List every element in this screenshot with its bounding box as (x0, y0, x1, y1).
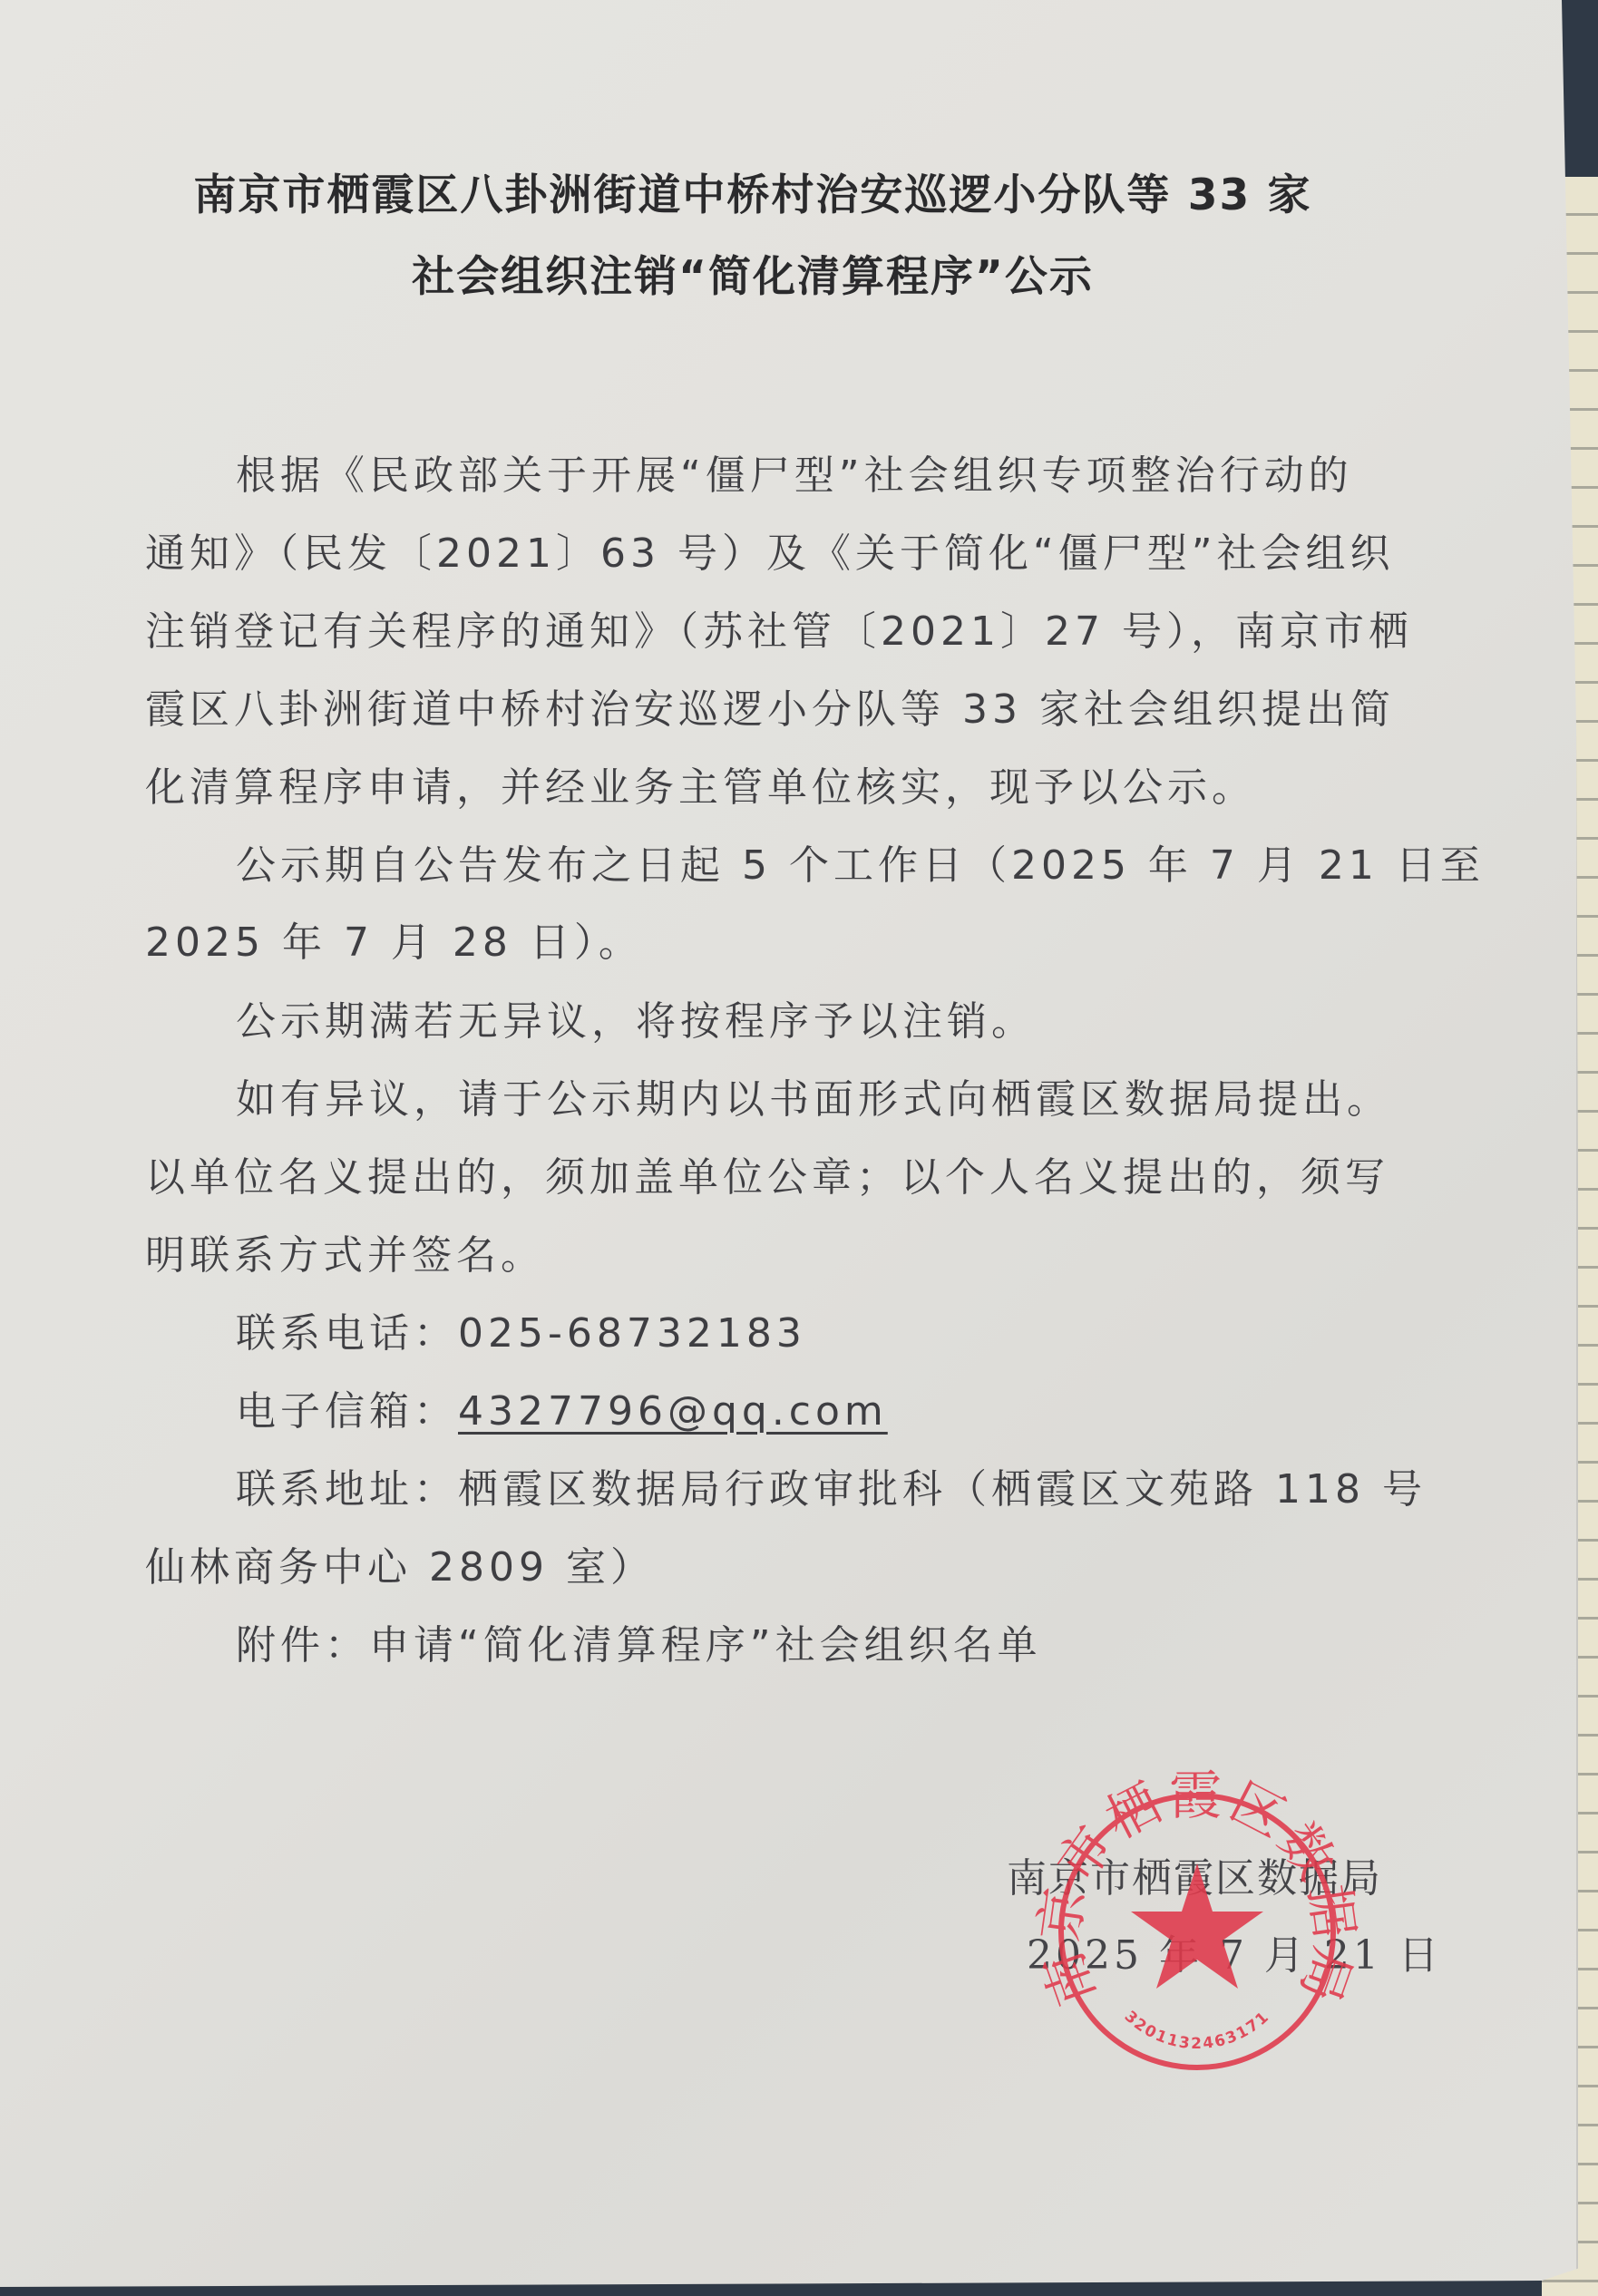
contact-phone-label: 联系电话： (236, 1310, 458, 1357)
contact-address-value: 栖霞区数据局行政审批科（栖霞区文苑路 118 号 (458, 1466, 1427, 1513)
body-paragraph-2-line-1: 公示期自公告发布之日起 5 个工作日（2025 年 7 月 21 日至 (236, 832, 1485, 890)
seal-code: 3201132463171 (1121, 2008, 1273, 2053)
contact-phone-value: 025-68732183 (458, 1310, 806, 1357)
document-page: 南京市栖霞区八卦洲街道中桥村治安巡逻小分队等 33 家 社会组织注销“简化清算程… (0, 0, 1578, 2287)
body-paragraph-1-line-4: 霞区八卦洲街道中桥村治安巡逻小分队等 33 家社会组织提出简 (145, 676, 1395, 735)
attachment-label: 附件： (236, 1622, 369, 1668)
contact-email: 电子信箱：4327796@qq.com (236, 1378, 888, 1436)
contact-address-line-2: 仙林商务中心 2809 室） (145, 1534, 655, 1592)
contact-phone: 联系电话：025-68732183 (236, 1300, 806, 1358)
contact-address-label: 联系地址： (236, 1466, 458, 1513)
body-paragraph-1-line-3: 注销登记有关程序的通知》（苏社管〔2021〕27 号），南京市栖 (145, 598, 1413, 657)
attachment-value: 申请“简化清算程序”社会组织名单 (369, 1622, 1042, 1668)
body-paragraph-4-line-3: 明联系方式并签名。 (145, 1222, 545, 1280)
issuer-signature: 南京市栖霞区数据局 (1007, 1845, 1382, 1903)
contact-email-label: 电子信箱： (236, 1388, 458, 1435)
body-paragraph-4-line-1: 如有异议，请于公示期内以书面形式向栖霞区数据局提出。 (236, 1066, 1391, 1124)
contact-address-line-1: 联系地址：栖霞区数据局行政审批科（栖霞区文苑路 118 号 (236, 1456, 1427, 1514)
contact-email-link[interactable]: 4327796@qq.com (458, 1388, 888, 1435)
body-paragraph-1-line-2: 通知》（民发〔2021〕63 号）及《关于简化“僵尸型”社会组织 (145, 520, 1395, 579)
body-paragraph-1-line-1: 根据《民政部关于开展“僵尸型”社会组织专项整治行动的 (236, 443, 1353, 501)
body-paragraph-4-line-2: 以单位名义提出的，须加盖单位公章；以个人名义提出的，须写 (145, 1144, 1389, 1202)
document-title-line1: 南京市栖霞区八卦洲街道中桥村治安巡逻小分队等 33 家 (0, 161, 1505, 222)
body-paragraph-1-line-5: 化清算程序申请，并经业务主管单位核实，现予以公示。 (145, 754, 1256, 812)
document-title-line2: 社会组织注销“简化清算程序”公示 (0, 243, 1505, 304)
body-paragraph-3: 公示期满若无异议，将按程序予以注销。 (236, 988, 1036, 1046)
attachment-note: 附件：申请“简化清算程序”社会组织名单 (236, 1612, 1042, 1670)
issue-date: 2025 年 7 月 21 日 (1027, 1922, 1442, 1980)
body-paragraph-2-line-2: 2025 年 7 月 28 日）。 (145, 910, 643, 968)
